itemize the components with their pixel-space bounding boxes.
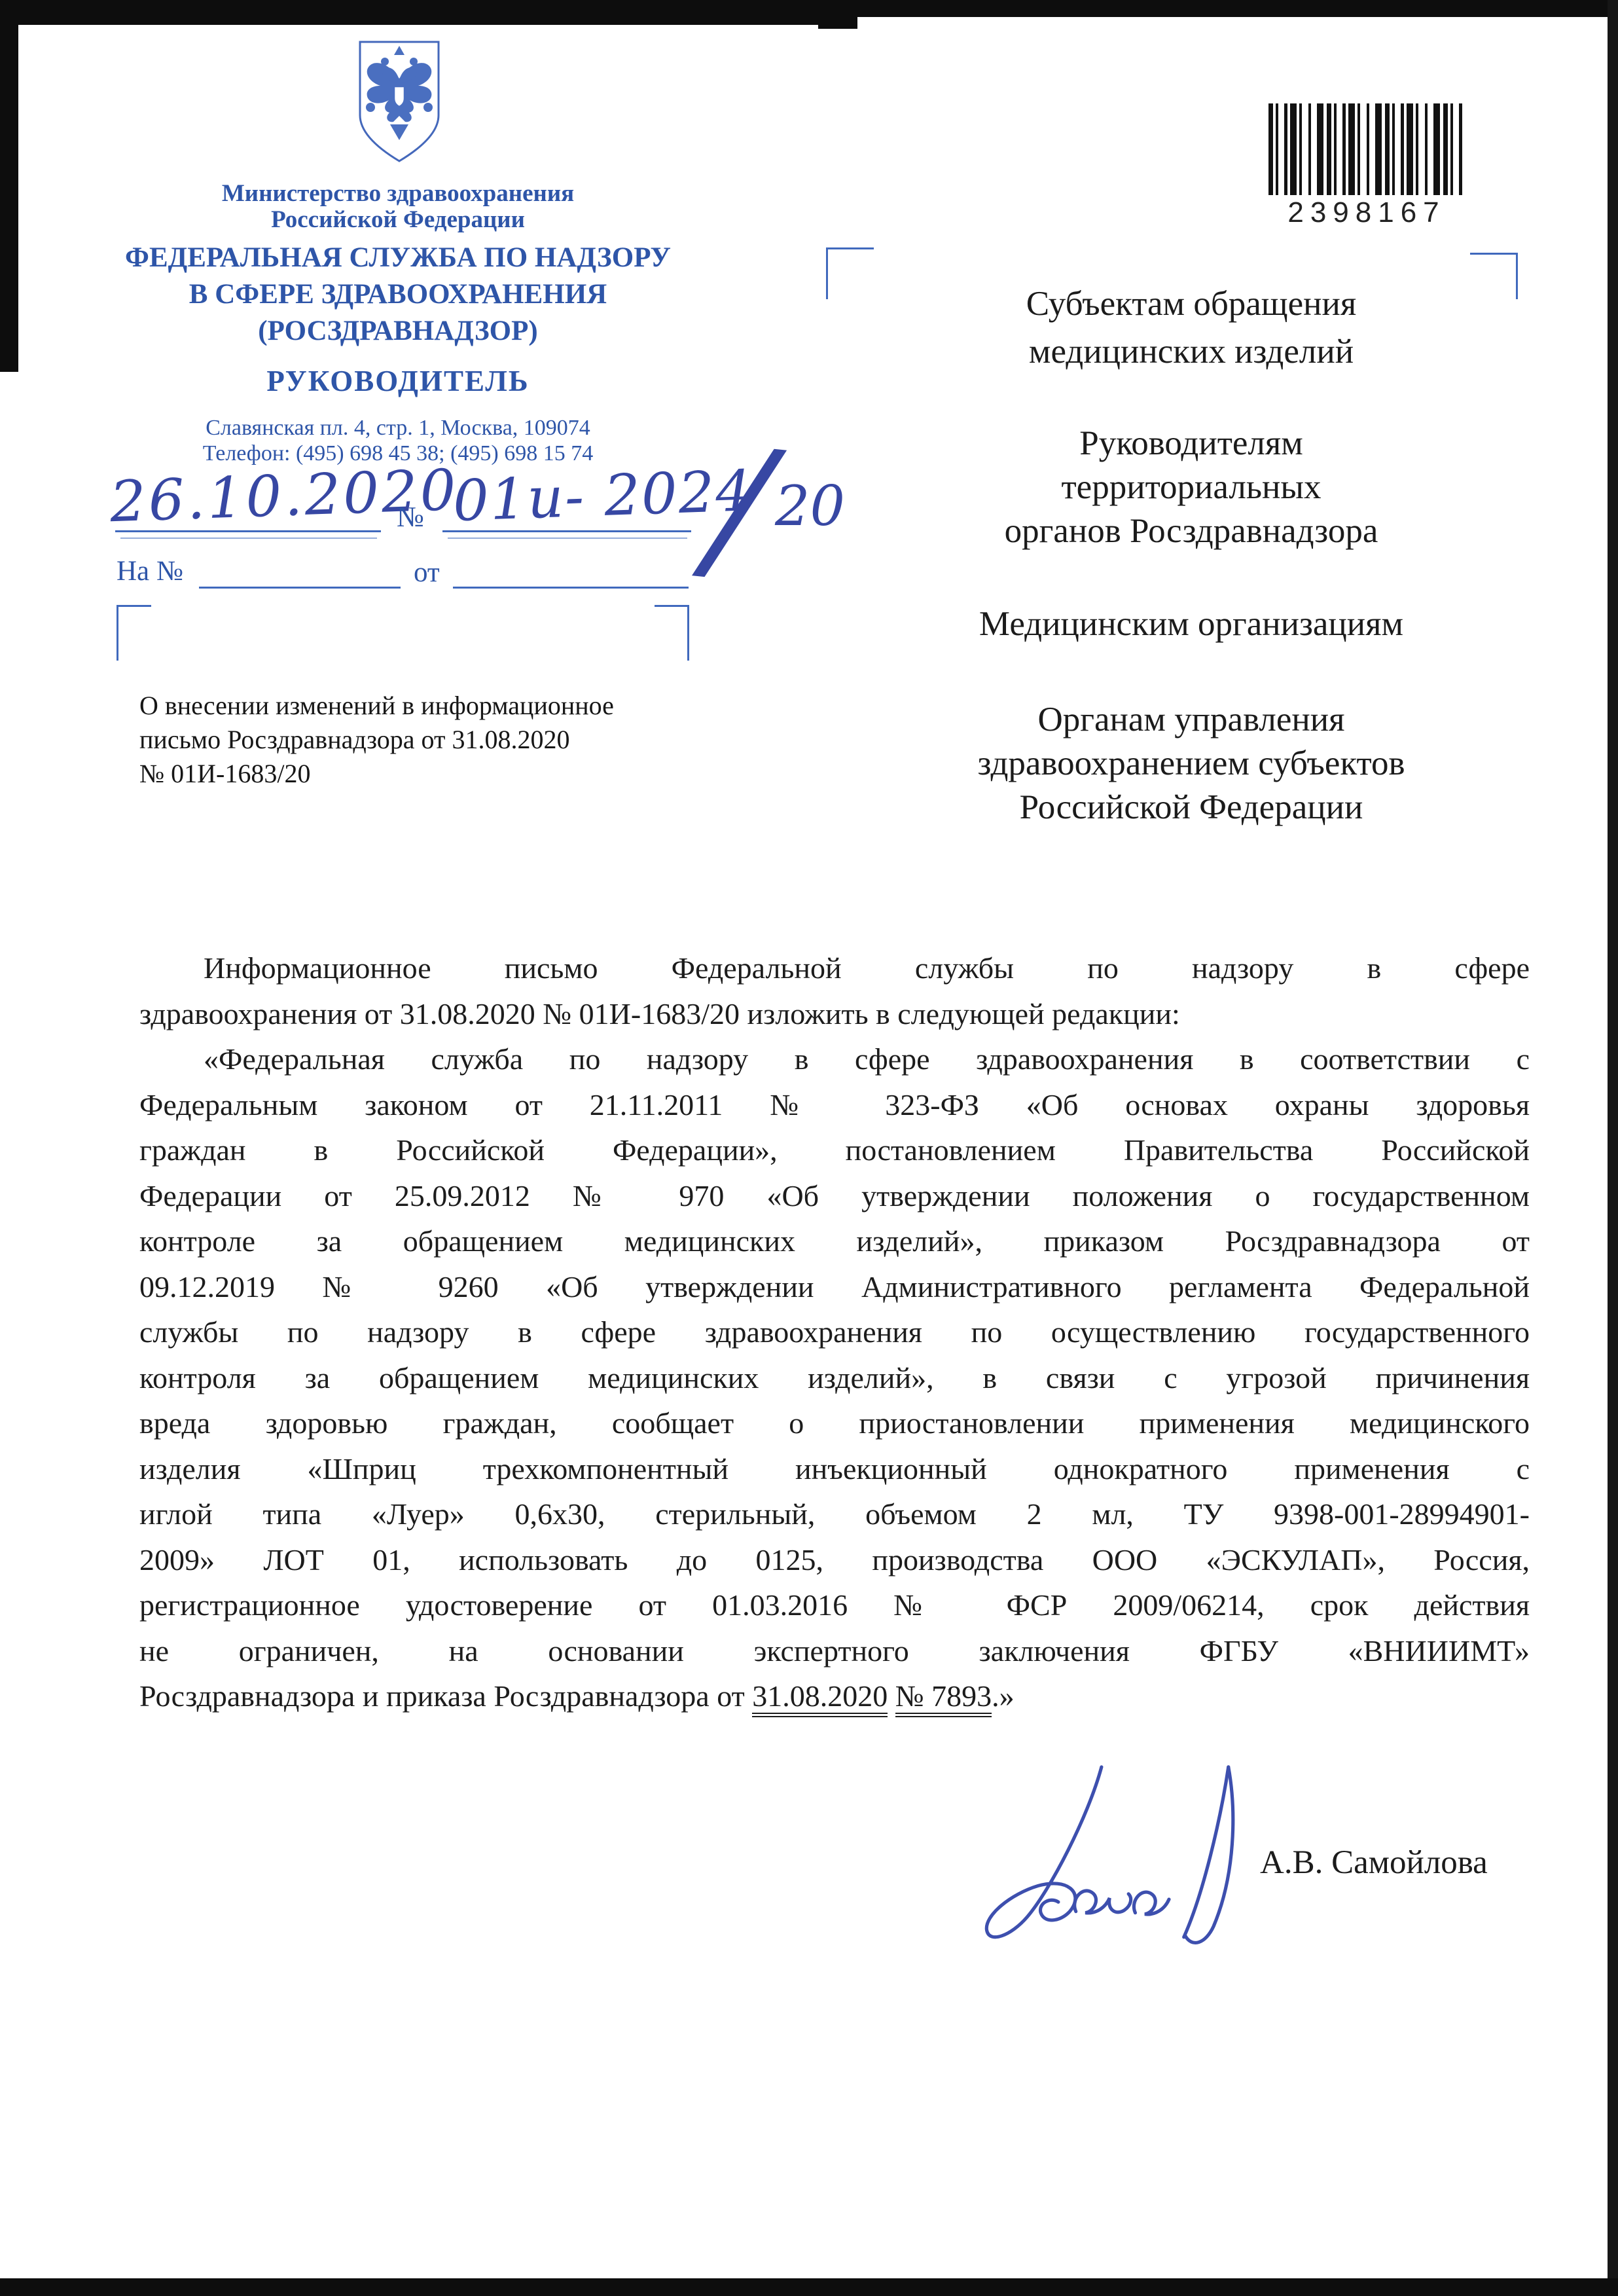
subject-line: О внесении изменений в информационное bbox=[139, 689, 702, 723]
signature bbox=[936, 1747, 1293, 1963]
body-line-last: Росздравнадзора и приказа Росздравнадзор… bbox=[139, 1673, 1530, 1719]
body-line: здравоохранения от 31.08.2020 № 01И-1683… bbox=[139, 991, 1530, 1037]
body-line: 2009» ЛОТ 01, использовать до 0125, прои… bbox=[139, 1537, 1530, 1583]
service-line: (РОСЗДРАВНАДЗОР) bbox=[85, 313, 711, 350]
address-block: Славянская пл. 4, стр. 1, Москва, 109074… bbox=[118, 415, 678, 466]
number-underline bbox=[442, 530, 691, 532]
subject-line: № 01И-1683/20 bbox=[139, 757, 702, 791]
handwritten-slash: / bbox=[704, 424, 776, 592]
body-line: службы по надзору в сфере здравоохранени… bbox=[139, 1309, 1530, 1355]
date-underline bbox=[115, 530, 381, 532]
subject-zone-bracket-left bbox=[117, 605, 151, 661]
barcode-bars bbox=[1268, 103, 1465, 195]
recipient-line: органов Росздравнадзора bbox=[844, 509, 1538, 553]
body-line: Федеральным законом от 21.11.2011 № 323-… bbox=[139, 1082, 1530, 1128]
service-line: В СФЕРЕ ЗДРАВООХРАНЕНИЯ bbox=[85, 276, 711, 313]
scan-edge-notch bbox=[818, 0, 857, 29]
body-line: вреда здоровью граждан, сообщает о приос… bbox=[139, 1400, 1530, 1446]
reference-date-blank bbox=[453, 587, 689, 589]
recipient-line: территориальных bbox=[844, 465, 1538, 509]
service-name: ФЕДЕРАЛЬНАЯ СЛУЖБА ПО НАДЗОРУ В СФЕРЕ ЗД… bbox=[85, 240, 711, 350]
body-line: граждан в Российской Федерации», постано… bbox=[139, 1127, 1530, 1173]
recipient-line: Руководителям bbox=[844, 422, 1538, 465]
body-line: 09.12.2019 № 9260 «Об утверждении Админи… bbox=[139, 1264, 1530, 1310]
subject-block: О внесении изменений в информационное пи… bbox=[139, 689, 702, 791]
handwritten-suffix: 20 bbox=[775, 474, 845, 538]
reference-label-ot: от bbox=[414, 556, 440, 589]
recipient-line: Органам управления bbox=[844, 698, 1538, 742]
double-headed-eagle-icon bbox=[351, 38, 448, 166]
signature-stroke-icon bbox=[936, 1747, 1293, 1963]
ministry-line: Российской Федерации bbox=[118, 207, 678, 233]
underlined-order-number: № 7893 bbox=[895, 1679, 992, 1717]
address-line: Славянская пл. 4, стр. 1, Москва, 109074 bbox=[118, 415, 678, 441]
handwritten-number: 01и- 2024 bbox=[452, 458, 753, 534]
body-line: иглой типа «Луер» 0,6х30, стерильный, об… bbox=[139, 1491, 1530, 1537]
recipient-line: медицинских изделий bbox=[844, 328, 1538, 376]
body-line: Информационное письмо Федеральной службы… bbox=[139, 945, 1530, 991]
ministry-name: Министерство здравоохранения Российской … bbox=[118, 181, 678, 233]
scan-edge-top-left bbox=[0, 0, 818, 25]
number-underline-2 bbox=[448, 538, 687, 539]
body-last-mid bbox=[888, 1679, 895, 1713]
barcode-number: 2398167 bbox=[1268, 196, 1465, 229]
number-sign: № bbox=[397, 500, 424, 534]
scanned-letter-page: Министерство здравоохранения Российской … bbox=[0, 0, 1618, 2296]
underlined-date: 31.08.2020 bbox=[752, 1679, 888, 1717]
recipient-group-health-authorities: Органам управления здравоохранением субъ… bbox=[844, 698, 1538, 829]
reference-label-na: На № bbox=[117, 555, 183, 587]
state-emblem bbox=[351, 38, 448, 166]
body-line: контроля за обращением медицинских издел… bbox=[139, 1355, 1530, 1401]
body-line: контроле за обращением медицинских издел… bbox=[139, 1218, 1530, 1264]
body-line: Федерации от 25.09.2012 № 970 «Об утверж… bbox=[139, 1173, 1530, 1219]
body-last-tail: .» bbox=[992, 1679, 1015, 1713]
scan-edge-left bbox=[0, 0, 18, 372]
body-last-pre: Росздравнадзора и приказа Росздравнадзор… bbox=[139, 1679, 752, 1713]
subject-line: письмо Росздравнадзора от 31.08.2020 bbox=[139, 723, 702, 757]
service-line: ФЕДЕРАЛЬНАЯ СЛУЖБА ПО НАДЗОРУ bbox=[85, 240, 711, 276]
scan-edge-bottom bbox=[0, 2278, 1618, 2296]
recipient-line: Субъектам обращения bbox=[844, 280, 1538, 328]
ministry-line: Министерство здравоохранения bbox=[118, 181, 678, 207]
position-title: РУКОВОДИТЕЛЬ bbox=[118, 364, 678, 398]
scan-edge-right bbox=[1608, 0, 1618, 2296]
recipient-line: Российской Федерации bbox=[844, 786, 1538, 829]
recipient-line: Медицинским организациям bbox=[844, 602, 1538, 646]
body-line: не ограничен, на основании экспертного з… bbox=[139, 1628, 1530, 1674]
body-text: Информационное письмо Федеральной службы… bbox=[139, 945, 1530, 1719]
date-underline-2 bbox=[120, 538, 377, 539]
recipient-group-medical-orgs: Медицинским организациям bbox=[844, 602, 1538, 646]
body-line: регистрационное удостоверение от 01.03.2… bbox=[139, 1582, 1530, 1628]
recipient-group-territorial-heads: Руководителям территориальных органов Ро… bbox=[844, 422, 1538, 553]
subject-zone-bracket-right bbox=[655, 605, 689, 661]
body-line: «Федеральная служба по надзору в сфере з… bbox=[139, 1036, 1530, 1082]
reference-number-blank bbox=[199, 587, 401, 589]
recipient-line: здравоохранением субъектов bbox=[844, 742, 1538, 786]
body-line: изделия «Шприц трехкомпонентный инъекцио… bbox=[139, 1446, 1530, 1492]
recipient-group-subjects: Субъектам обращения медицинских изделий bbox=[844, 280, 1538, 376]
signer-name: А.В. Самойлова bbox=[1260, 1844, 1488, 1882]
